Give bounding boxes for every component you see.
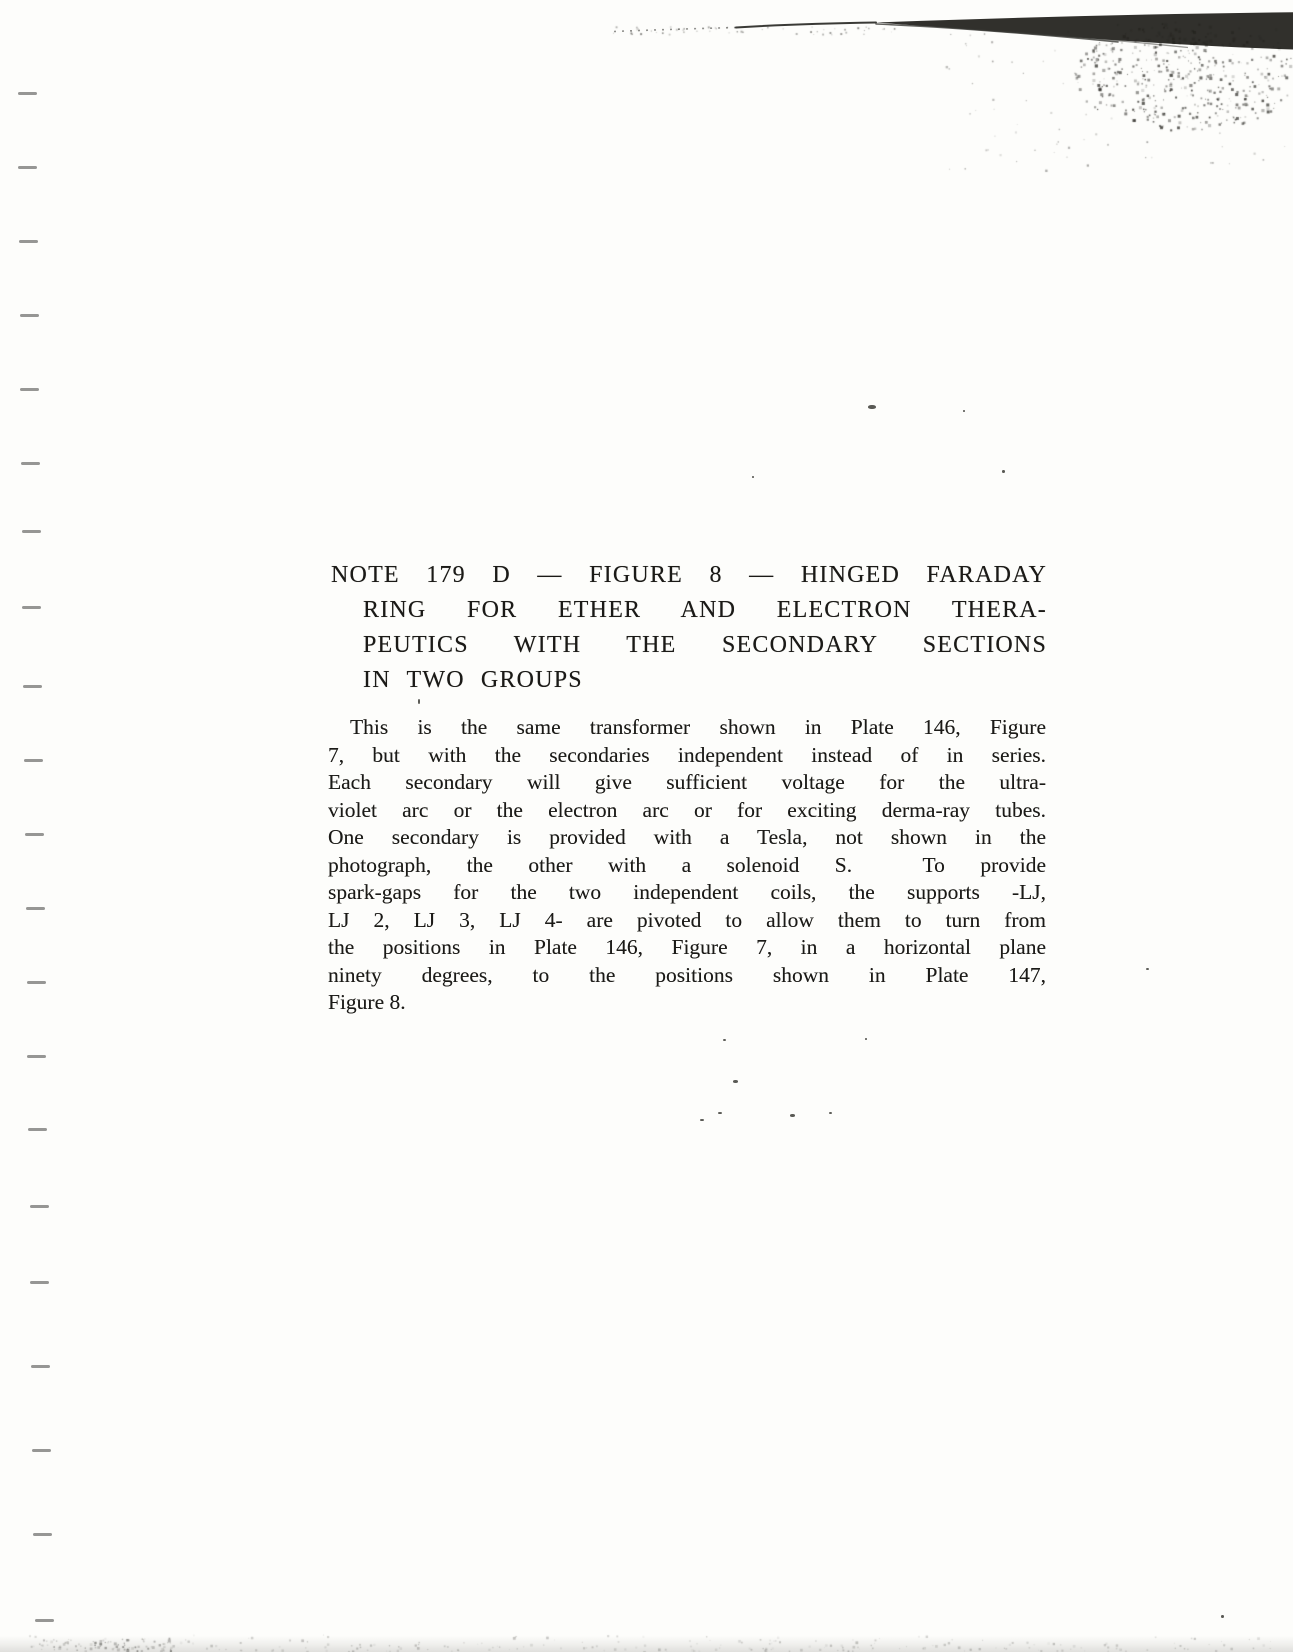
ink-speck bbox=[418, 699, 420, 704]
left-margin-dash bbox=[23, 685, 42, 688]
note-body-line: LJ 2, LJ 3, LJ 4- are pivoted to allow t… bbox=[328, 907, 1046, 935]
note-heading: NOTE 179 D — FIGURE 8 — HINGED FARADAY R… bbox=[331, 558, 1047, 698]
document-page: NOTE 179 D — FIGURE 8 — HINGED FARADAY R… bbox=[0, 0, 1293, 1652]
left-margin-dash bbox=[30, 1205, 49, 1208]
left-margin-dash bbox=[25, 833, 44, 836]
note-body-paragraph: This is the same transformer shown in Pl… bbox=[328, 714, 1046, 1017]
left-margin-dash bbox=[27, 1055, 46, 1058]
left-margin-dash bbox=[20, 314, 39, 317]
note-heading-line: PEUTICS WITH THE SECONDARY SECTIONS bbox=[363, 628, 1047, 663]
note-body-line: spark-gaps for the two independent coils… bbox=[328, 879, 1046, 907]
left-margin-dash bbox=[24, 759, 43, 762]
left-margin-dash bbox=[30, 1281, 49, 1284]
smudge-line-lower bbox=[876, 24, 1118, 42]
left-margin-dash bbox=[21, 462, 40, 465]
ink-speck bbox=[868, 405, 876, 409]
left-margin-dash bbox=[22, 530, 41, 533]
left-margin-dash bbox=[27, 981, 46, 984]
smudge-line-dotted bbox=[614, 28, 736, 32]
left-margin-dash bbox=[18, 92, 37, 95]
ink-speck bbox=[700, 1119, 704, 1121]
ink-speck bbox=[1146, 968, 1149, 970]
left-margin-dash bbox=[26, 907, 45, 910]
smudge-line-left bbox=[736, 23, 876, 28]
ink-speck bbox=[1002, 470, 1005, 473]
ink-speck bbox=[790, 1114, 795, 1117]
note-body-line: photograph, the other with a solenoid S.… bbox=[328, 852, 1046, 880]
left-margin-dash bbox=[28, 1128, 47, 1131]
left-margin-dash bbox=[20, 388, 39, 391]
ink-speck bbox=[723, 1039, 726, 1041]
left-margin-dash bbox=[19, 240, 38, 243]
left-margin-dash bbox=[35, 1619, 54, 1622]
scan-smudge-top-right bbox=[0, 0, 1293, 180]
left-margin-dash bbox=[22, 606, 41, 609]
ink-speck bbox=[752, 476, 754, 478]
bottom-edge-band bbox=[0, 1636, 1293, 1652]
smudge-underline bbox=[998, 31, 1188, 48]
ink-speck bbox=[1221, 1615, 1224, 1618]
ink-speck bbox=[718, 1112, 722, 1114]
note-heading-line: IN TWO GROUPS bbox=[363, 663, 1047, 698]
left-margin-dash bbox=[33, 1533, 52, 1536]
left-margin-dash bbox=[18, 166, 37, 169]
smudge-wedge bbox=[876, 12, 1293, 49]
note-heading-line: RING FOR ETHER AND ELECTRON THERA- bbox=[363, 593, 1047, 628]
ink-speck bbox=[963, 410, 965, 412]
ink-speck bbox=[733, 1080, 738, 1083]
note-body-line: This is the same transformer shown in Pl… bbox=[328, 714, 1046, 742]
note-body-line: 7, but with the secondaries independent … bbox=[328, 742, 1046, 770]
note-heading-line: NOTE 179 D — FIGURE 8 — HINGED FARADAY bbox=[331, 558, 1047, 593]
note-body-line: Figure 8. bbox=[328, 989, 1046, 1017]
note-body-line: the positions in Plate 146, Figure 7, in… bbox=[328, 934, 1046, 962]
ink-speck bbox=[865, 1038, 867, 1040]
note-body-line: One secondary is provided with a Tesla, … bbox=[328, 824, 1046, 852]
note-body-line: violet arc or the electron arc or for ex… bbox=[328, 797, 1046, 825]
note-body-line: Each secondary will give sufficient volt… bbox=[328, 769, 1046, 797]
note-body-line: ninety degrees, to the positions shown i… bbox=[328, 962, 1046, 990]
left-margin-dash bbox=[32, 1449, 51, 1452]
ink-speck bbox=[829, 1112, 832, 1114]
left-margin-dash bbox=[31, 1365, 50, 1368]
